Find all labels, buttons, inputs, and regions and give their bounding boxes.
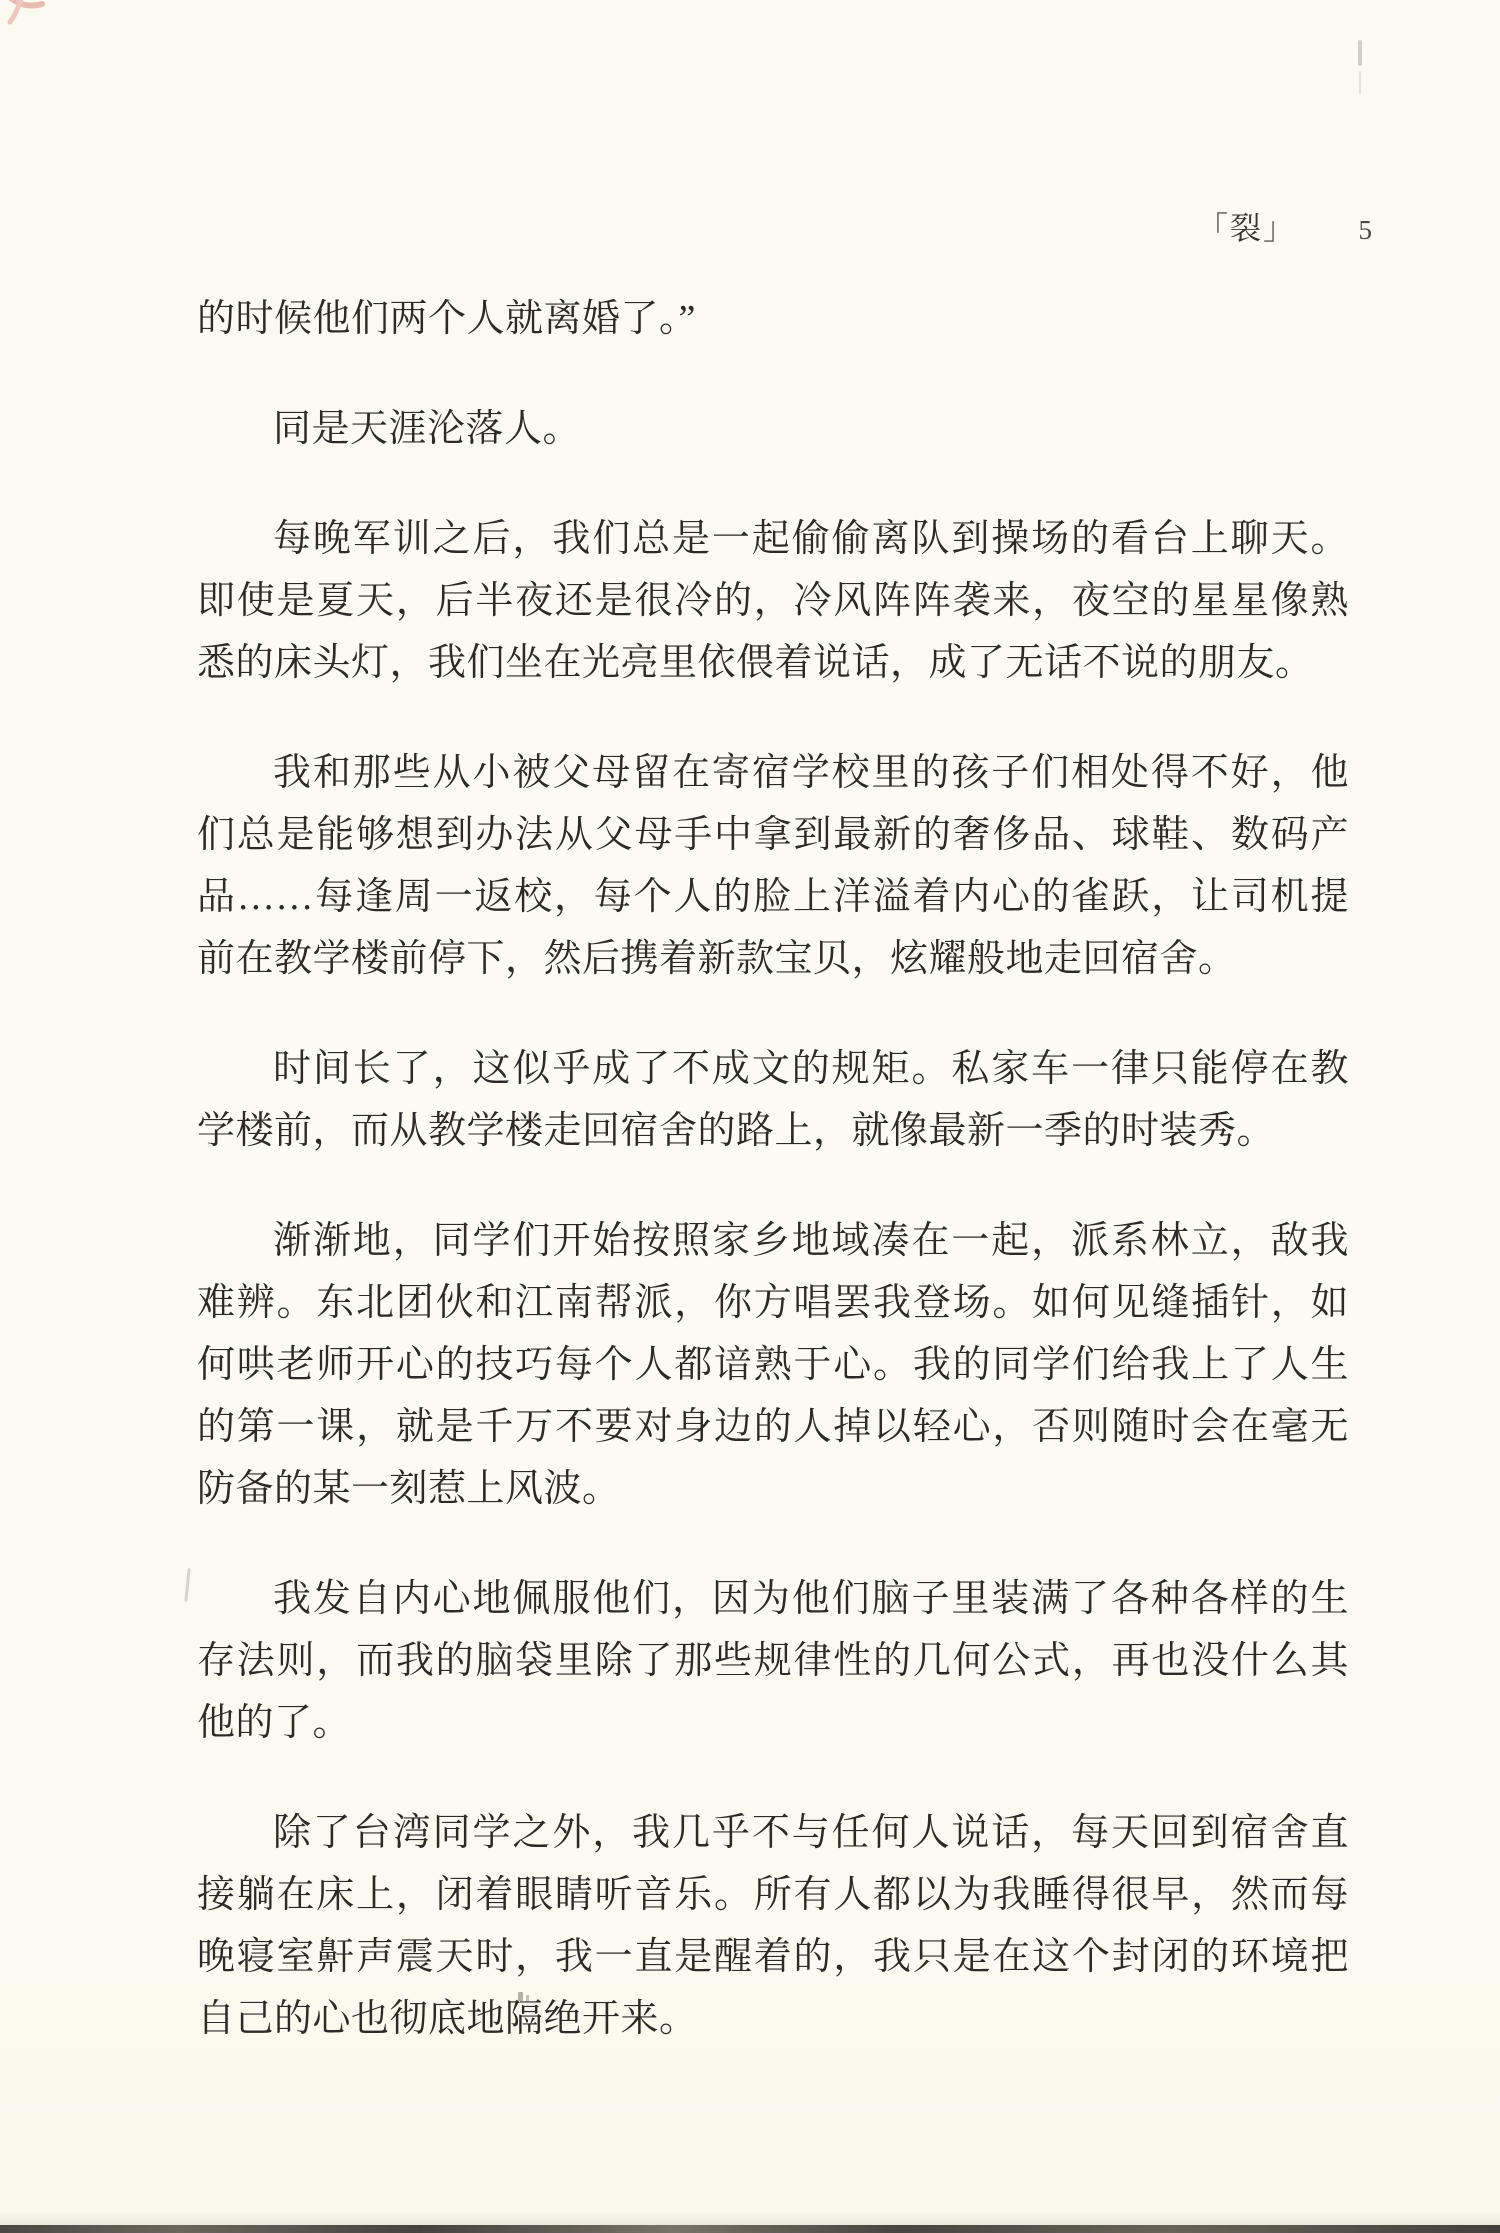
paragraph-continuation: 的时候他们两个人就离婚了。”	[197, 288, 1349, 350]
scan-edge-artifact	[0, 2225, 1500, 2233]
ink-speck	[518, 1992, 523, 2001]
paragraph: 我发自内心地佩服他们，因为他们脑子里装满了各种各样的生存法则，而我的脑袋里除了那…	[197, 1568, 1349, 1754]
page-number: 5	[1359, 215, 1373, 246]
paragraph: 每晚军训之后，我们总是一起偷偷离队到操场的看台上聊天。即使是夏天，后半夜还是很冷…	[197, 508, 1349, 694]
paragraph: 渐渐地，同学们开始按照家乡地域凑在一起，派系林立，敌我难辨。东北团伙和江南帮派，…	[197, 1210, 1349, 1520]
body-text: 的时候他们两个人就离婚了。” 同是天涯沦落人。 每晚军训之后，我们总是一起偷偷离…	[197, 288, 1349, 2098]
paragraph: 同是天涯沦落人。	[197, 398, 1349, 460]
paragraph: 时间长了，这似乎成了不成文的规矩。私家车一律只能停在教学楼前，而从教学楼走回宿舍…	[197, 1038, 1349, 1162]
red-corner-mark	[2, 0, 60, 34]
paragraph: 我和那些从小被父母留在寄宿学校里的孩子们相处得不好，他们总是能够想到办法从父母手…	[197, 742, 1349, 990]
page-header: 「裂」 5	[1197, 203, 1372, 248]
paragraph: 除了台湾同学之外，我几乎不与任何人说话，每天回到宿舍直接躺在床上，闭着眼睛听音乐…	[197, 1802, 1349, 2050]
book-page: 「裂」 5 的时候他们两个人就离婚了。” 同是天涯沦落人。 每晚军训之后，我们总…	[0, 0, 1500, 2233]
running-title: 「裂」	[1197, 203, 1296, 248]
scan-edge-haze	[0, 2211, 1500, 2225]
scan-tick-mark	[1358, 40, 1362, 66]
paper-crease-mark	[184, 1568, 191, 1602]
